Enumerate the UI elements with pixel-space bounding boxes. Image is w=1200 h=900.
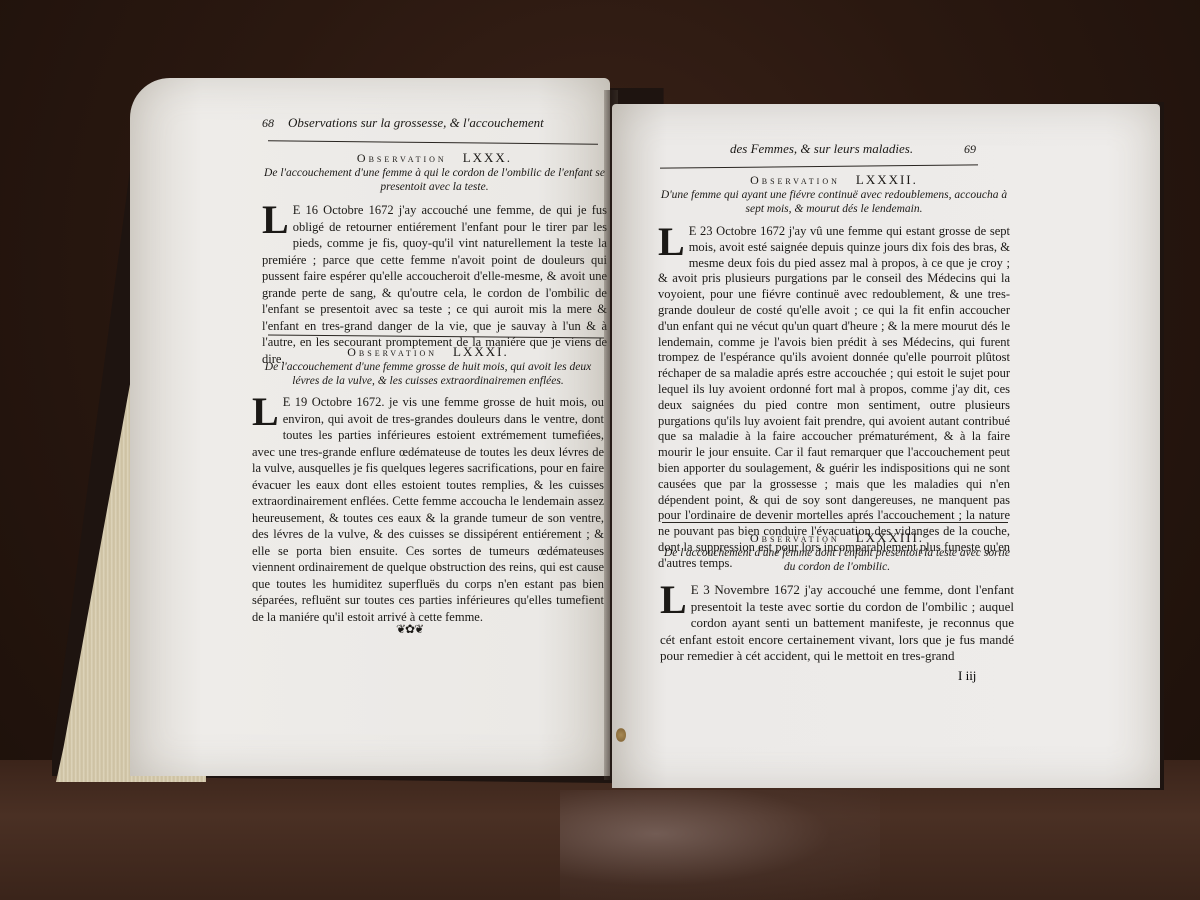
observation-subtitle: De l'accouchement d'une femme à qui le c… — [262, 166, 607, 194]
signature-mark: I iij — [958, 668, 976, 684]
observation-body: L E 19 Octobre 1672. je vis une femme gr… — [252, 394, 604, 625]
observation-text: E 3 Novembre 1672 j'ay accouché une femm… — [660, 582, 1014, 663]
observation-numeral: LXXXIII. — [856, 530, 924, 545]
observation-lxxxii: Observation LXXXII. D'une femme qui ayan… — [658, 172, 1010, 572]
observation-text: E 16 Octobre 1672 j'ay accouché une femm… — [262, 203, 607, 366]
drop-cap: L — [658, 226, 685, 258]
running-head: Observations sur la grossesse, & l'accou… — [288, 115, 544, 130]
paper-stain — [616, 728, 626, 742]
observation-body: L E 3 Novembre 1672 j'ay accouché une fe… — [660, 582, 1014, 665]
observation-heading: Observation LXXX. — [262, 150, 607, 166]
observation-heading: Observation LXXXIII. — [660, 530, 1014, 546]
observation-subtitle: De l'accouchement d'une femme dont l'enf… — [660, 546, 1014, 574]
observation-heading: Observation LXXXI. — [252, 344, 604, 360]
observation-subtitle: D'une femme qui ayant une fiévre continu… — [658, 188, 1010, 216]
fleuron-ornament: ❦✿❦ — [396, 622, 423, 637]
drop-cap: L — [660, 584, 687, 616]
observation-heading: Observation LXXXII. — [658, 172, 1010, 188]
observation-lxxxiii: Observation LXXXIII. De l'accouchement d… — [660, 530, 1014, 665]
observation-body: L E 23 Octobre 1672 j'ay vû une femme qu… — [658, 224, 1010, 572]
observation-text: E 19 Octobre 1672. je vis une femme gros… — [252, 395, 604, 624]
observation-numeral: LXXXII. — [856, 172, 918, 187]
page-number: 68 — [262, 116, 274, 130]
observation-lxxxi: Observation LXXXI. De l'accouchement d'u… — [252, 344, 604, 625]
observation-label: Observation — [357, 151, 447, 165]
left-header: 68 Observations sur la grossesse, & l'ac… — [262, 114, 572, 132]
right-header: des Femmes, & sur leurs maladies. — [730, 140, 990, 158]
table-reflection — [560, 790, 880, 900]
running-head: des Femmes, & sur leurs maladies. — [730, 141, 913, 156]
observation-subtitle: De l'accouchement d'une femme grosse de … — [252, 360, 604, 388]
observation-label: Observation — [750, 173, 840, 187]
drop-cap: L — [262, 204, 289, 236]
observation-label: Observation — [347, 345, 437, 359]
page-number: 69 — [964, 142, 976, 156]
observation-numeral: LXXXI. — [453, 344, 509, 359]
right-page-number-wrap: 69 — [964, 140, 976, 158]
section-rule — [662, 522, 1008, 523]
observation-numeral: LXXX. — [463, 150, 512, 165]
observation-label: Observation — [750, 531, 840, 545]
observation-body: L E 16 Octobre 1672 j'ay accouché une fe… — [262, 202, 607, 367]
observation-text: E 23 Octobre 1672 j'ay vû une femme qui … — [658, 224, 1010, 570]
drop-cap: L — [252, 396, 279, 428]
